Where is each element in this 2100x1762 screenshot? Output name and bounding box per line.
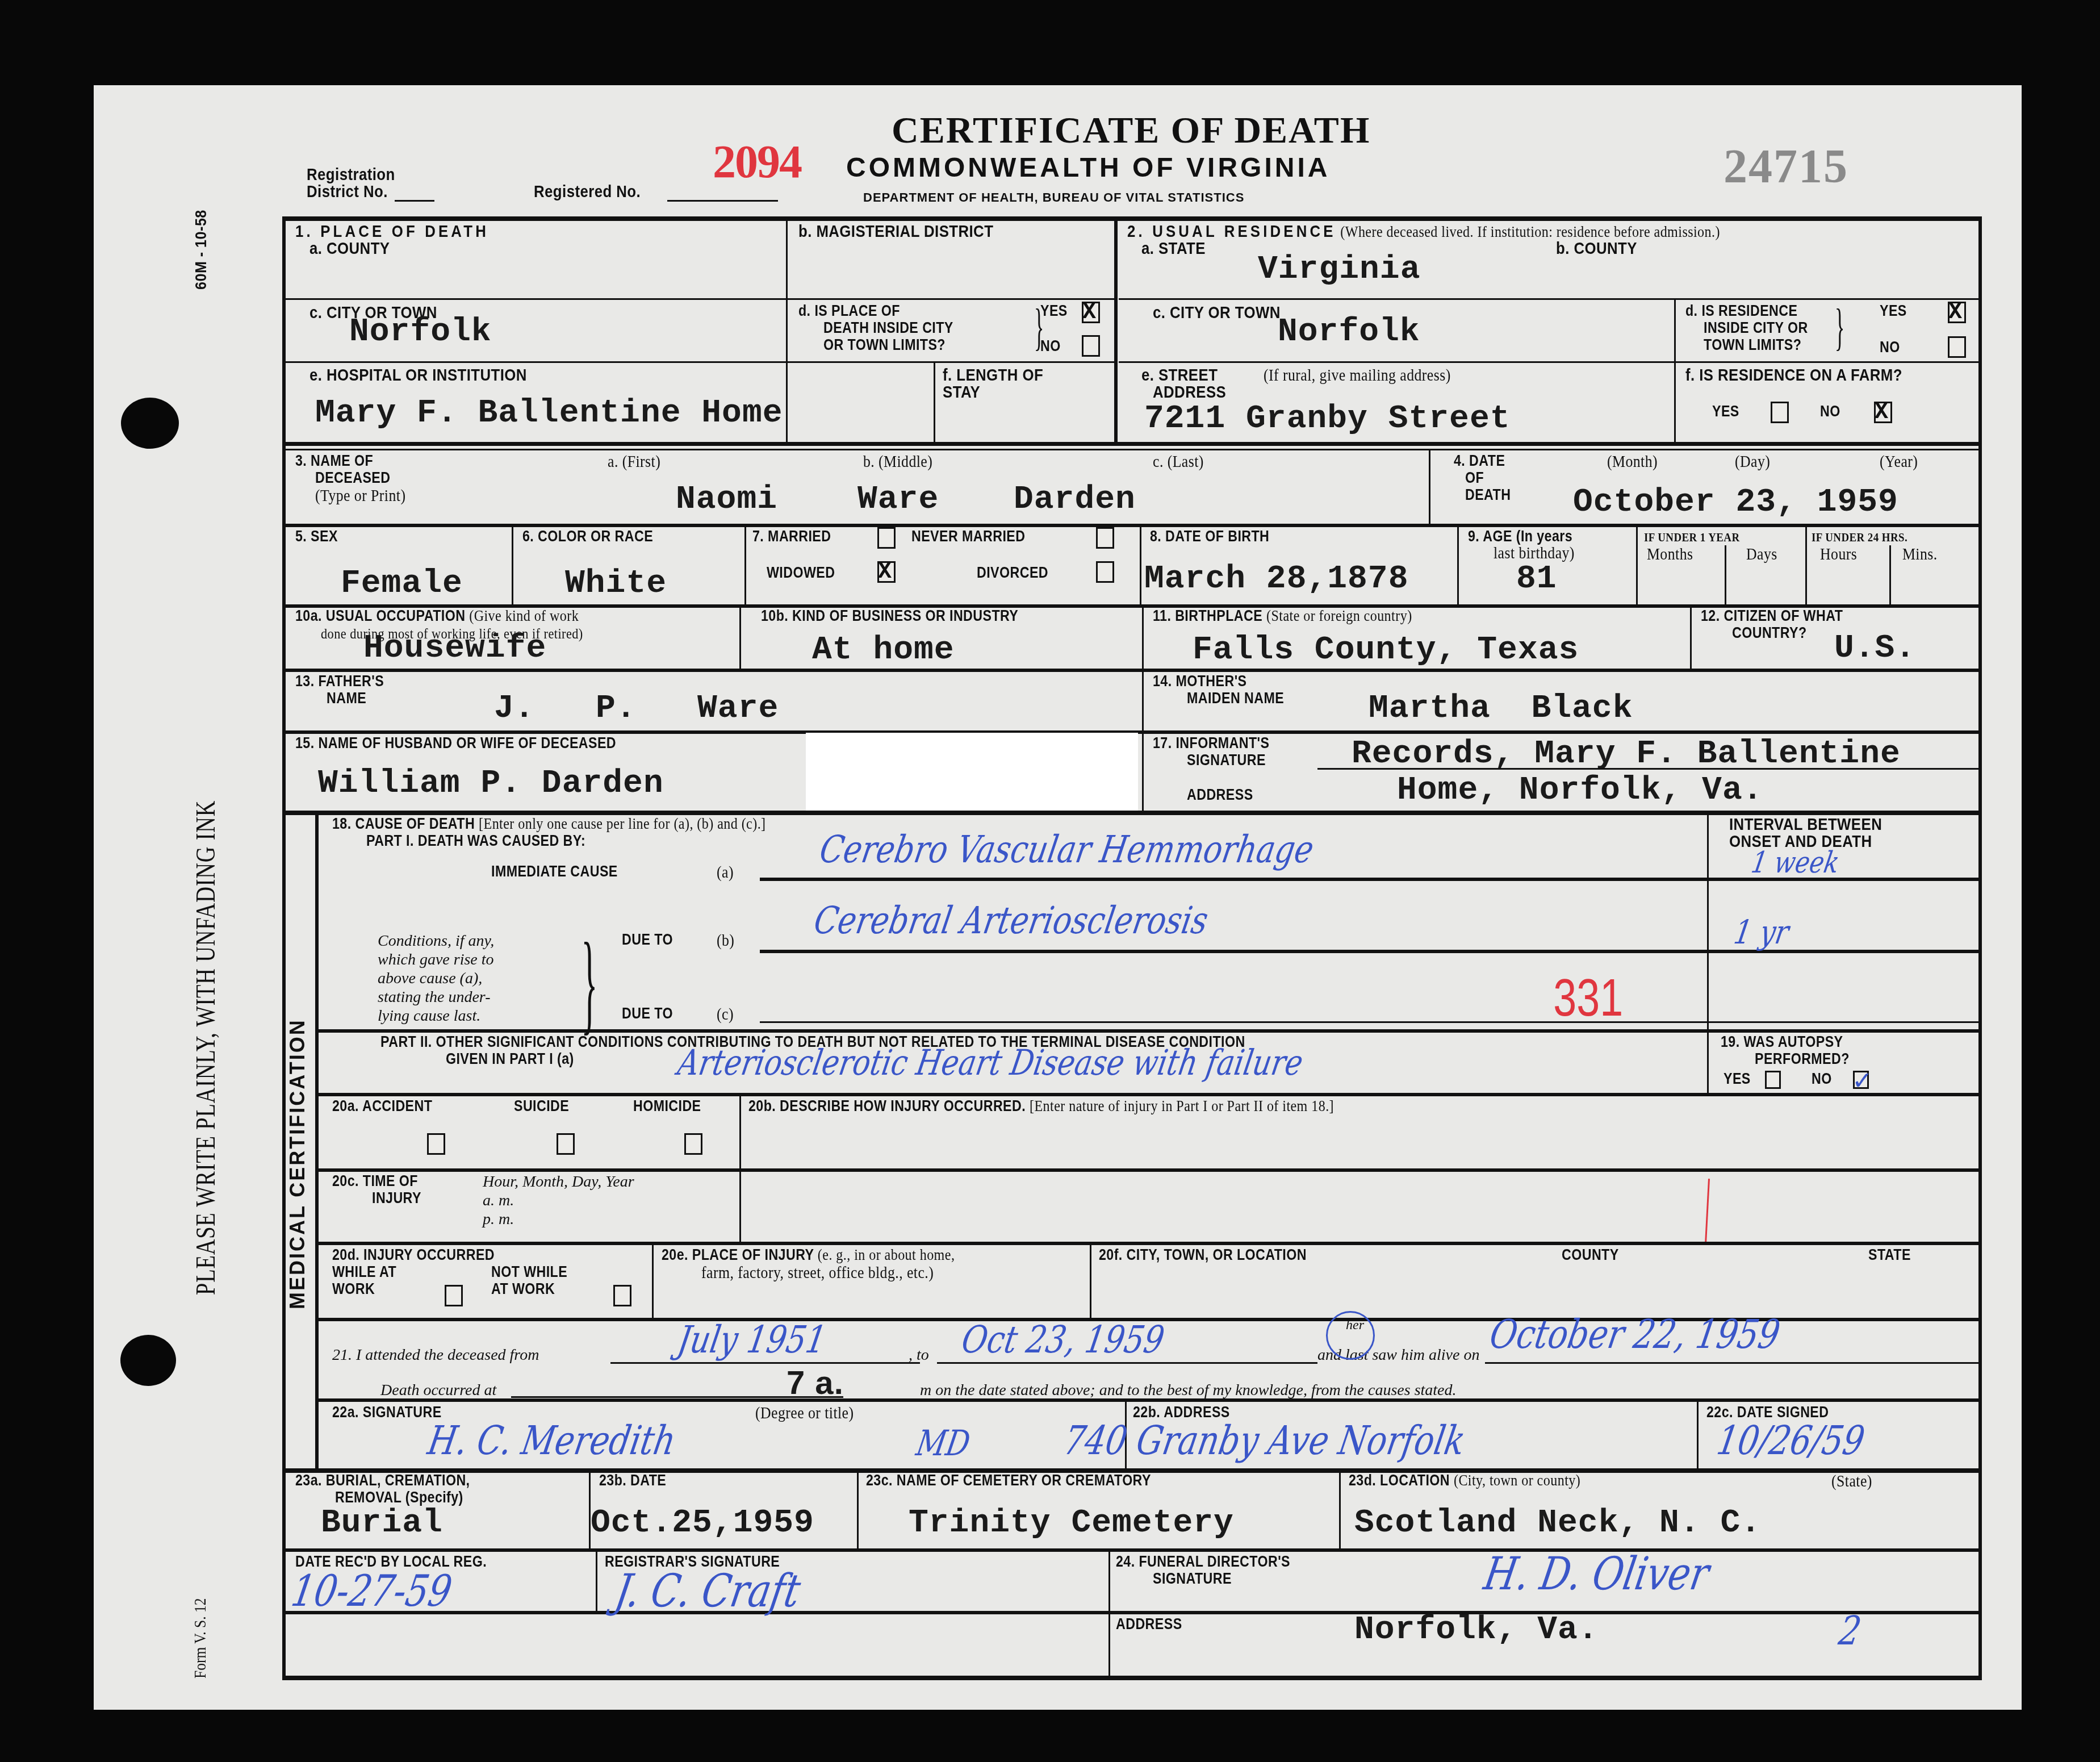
divorced-label: DIVORCED <box>977 565 1048 581</box>
street-note: (If rural, give mailing address) <box>1264 366 1451 384</box>
autopsy-label-1: 19. WAS AUTOPSY <box>1721 1034 1843 1050</box>
residence-inside-label-2: INSIDE CITY OR <box>1704 320 1808 336</box>
date-signed-value: 10/26/59 <box>1714 1423 1867 1458</box>
residence-inside-label-3: TOWN LIMITS? <box>1704 337 1801 353</box>
last-name-value: Darden <box>1014 483 1136 517</box>
residence-county-label: b. COUNTY <box>1556 240 1637 257</box>
citizen-label-1: 12. CITIZEN OF WHAT <box>1701 608 1843 624</box>
date-received-value: 10-27-59 <box>289 1573 454 1609</box>
burial-date-label: 23b. DATE <box>599 1472 666 1489</box>
informant-value: Records, Mary F. Ballentine <box>1352 737 1901 771</box>
form-bottom-border <box>282 1676 1982 1680</box>
death-city-value: Norfolk <box>349 315 492 349</box>
burial-date-value: Oct.25,1959 <box>591 1506 814 1540</box>
funeral-director-label-2: SIGNATURE <box>1153 1571 1232 1587</box>
residence-no-label: NO <box>1880 339 1900 356</box>
widowed-label: WIDOWED <box>767 565 835 581</box>
c-marker: (c) <box>717 1005 734 1023</box>
immediate-cause-value: Cerebro Vascular Hemmorhage <box>817 832 1316 867</box>
length-of-stay-label-2: STAY <box>943 383 980 401</box>
citizen-value: U.S. <box>1834 632 1915 666</box>
magisterial-district-label: b. MAGISTERIAL DISTRICT <box>798 223 993 240</box>
hospital-value: Mary F. Ballentine Home <box>315 396 783 431</box>
street-address-label-1: e. STREET <box>1141 366 1218 384</box>
time-of-injury-note-2: a. m. <box>483 1192 514 1210</box>
her-correction-text: her <box>1346 1318 1364 1333</box>
day-label: (Day) <box>1735 453 1770 470</box>
autopsy-yes-checkbox[interactable] <box>1765 1071 1781 1089</box>
injury-city-label: 20f. CITY, TOWN, OR LOCATION <box>1099 1247 1307 1263</box>
residence-inside-yes-checkbox[interactable]: X <box>1948 302 1966 323</box>
married-checkbox[interactable] <box>877 527 896 549</box>
business-label: 10b. KIND OF BUSINESS OR INDUSTRY <box>761 608 1018 624</box>
registrar-signature: J. C. Craft <box>613 1573 803 1609</box>
form-top-border <box>282 216 1982 221</box>
father-name-value: J. P. Ware <box>494 692 779 726</box>
attended-label: 21. I attended the deceased from <box>332 1346 539 1364</box>
punch-hole-top <box>121 398 179 449</box>
print-code: 60M - 10-58 <box>192 210 210 290</box>
attended-from-value: July 1951 <box>675 1322 829 1358</box>
death-no-label: NO <box>1040 338 1061 354</box>
form-right-border <box>1978 216 1982 1680</box>
death-inside-yes-checkbox[interactable]: X <box>1082 302 1100 323</box>
residence-state-value: Virginia <box>1258 253 1420 287</box>
cause-of-death-label: 18. CAUSE OF DEATH [Enter only one cause… <box>332 816 766 832</box>
part2-label-2: GIVEN IN PART I (a) <box>446 1051 574 1067</box>
not-while-label-2: AT WORK <box>491 1281 555 1297</box>
burial-value: Burial <box>321 1506 443 1540</box>
death-yes-label: YES <box>1040 303 1068 319</box>
department-subtitle: DEPARTMENT OF HEALTH, BUREAU OF VITAL ST… <box>863 190 1244 205</box>
residence-inside-no-checkbox[interactable] <box>1948 336 1966 358</box>
mother-label-2: MAIDEN NAME <box>1187 690 1284 707</box>
farm-no-checkbox[interactable]: X <box>1874 402 1892 423</box>
name-label-1: 3. NAME OF <box>295 453 373 469</box>
sex-label: 5. SEX <box>295 528 338 545</box>
residence-state-label: a. STATE <box>1141 240 1206 257</box>
place-of-injury-note: farm, factory, street, office bldg., etc… <box>701 1264 934 1281</box>
interval-label-1: INTERVAL BETWEEN <box>1729 816 1882 833</box>
injury-occurred-label-3: WORK <box>332 1281 375 1297</box>
medical-strip-divider <box>315 812 319 1470</box>
year-label: (Year) <box>1880 453 1918 470</box>
inside-city-label-1: d. IS PLACE OF <box>798 303 900 319</box>
never-married-label: NEVER MARRIED <box>911 528 1025 545</box>
physician-address-value: 740 Granby Ave Norfolk <box>1061 1423 1467 1458</box>
father-label-1: 13. FATHER'S <box>295 673 384 690</box>
physician-signature: H. C. Meredith <box>425 1423 678 1458</box>
district-no-blank <box>395 200 434 202</box>
not-while-at-work-checkbox[interactable] <box>613 1285 631 1306</box>
farm-no-label: NO <box>1820 403 1840 420</box>
interval-b-value: 1 yr <box>1731 915 1792 950</box>
occupation-label: 10a. USUAL OCCUPATION (Give kind of work <box>295 608 579 624</box>
citizen-label-2: COUNTRY? <box>1732 625 1807 641</box>
red-code-331: 331 <box>1553 968 1623 1028</box>
accident-checkbox[interactable] <box>427 1133 445 1155</box>
b-marker: (b) <box>717 932 734 949</box>
funeral-address-value: Norfolk, Va. <box>1354 1613 1599 1647</box>
never-married-checkbox[interactable] <box>1096 527 1114 549</box>
business-value: At home <box>812 633 955 667</box>
middle-name-label: b. (Middle) <box>863 453 932 470</box>
funeral-address-label: ADDRESS <box>1116 1616 1182 1632</box>
residence-city-value: Norfolk <box>1278 315 1420 349</box>
sex-value: Female <box>341 567 463 601</box>
burial-label-1: 23a. BURIAL, CREMATION, <box>295 1472 470 1489</box>
dob-label: 8. DATE OF BIRTH <box>1150 528 1269 545</box>
suicide-label: SUICIDE <box>514 1098 569 1114</box>
degree-label: (Degree or title) <box>755 1404 854 1422</box>
time-of-injury-note-3: p. m. <box>483 1210 514 1229</box>
injury-state-label: STATE <box>1868 1247 1911 1263</box>
cemetery-value: Trinity Cemetery <box>909 1506 1234 1540</box>
farm-yes-checkbox[interactable] <box>1771 402 1789 423</box>
autopsy-label-2: PERFORMED? <box>1755 1051 1850 1067</box>
form-number: Form V. S. 12 <box>191 1598 210 1679</box>
time-of-injury-label-1: 20c. TIME OF <box>332 1173 418 1189</box>
stamp-2094: 2094 <box>713 135 801 189</box>
age-label-1: 9. AGE (In years <box>1468 528 1572 545</box>
conditions-note: Conditions, if any, which gave rise to a… <box>378 932 548 1025</box>
age-value: 81 <box>1516 562 1557 596</box>
burial-label-2: REMOVAL (Specify) <box>335 1489 463 1506</box>
length-of-stay-label-1: f. LENGTH OF <box>943 366 1043 384</box>
middle-name-value: Ware <box>857 483 939 517</box>
name-label-3: (Type or Print) <box>315 487 405 504</box>
race-label: 6. COLOR OR RACE <box>522 528 653 545</box>
father-label-2: NAME <box>327 690 366 707</box>
days-label: Days <box>1746 545 1777 563</box>
suicide-checkbox[interactable] <box>557 1133 575 1155</box>
inside-city-label-3: OR TOWN LIMITS? <box>823 337 946 353</box>
date-of-death-value: October 23, 1959 <box>1573 486 1898 520</box>
last-saw-value: October 22, 1959 <box>1487 1317 1783 1352</box>
accident-label: 20a. ACCIDENT <box>332 1098 432 1114</box>
death-inside-no-checkbox[interactable] <box>1082 335 1100 357</box>
mother-name-value: Martha Black <box>1369 692 1633 726</box>
widowed-checkbox[interactable]: X <box>877 561 896 583</box>
not-while-label-1: NOT WHILE <box>491 1264 567 1280</box>
usual-residence-label: 2. USUAL RESIDENCE (Where deceased lived… <box>1127 223 1720 241</box>
certificate-title: CERTIFICATE OF DEATH <box>892 109 1370 152</box>
last-name-label: c. (Last) <box>1153 453 1204 470</box>
due-to-b-label: DUE TO <box>622 932 673 948</box>
first-name-label: a. (First) <box>608 453 660 470</box>
month-label: (Month) <box>1607 453 1658 470</box>
while-at-work-checkbox[interactable] <box>445 1285 463 1306</box>
street-address-value: 7211 Granby Street <box>1144 402 1511 436</box>
spouse-value: William P. Darden <box>318 767 664 801</box>
date-of-death-label-3: DEATH <box>1465 487 1511 503</box>
time-of-injury-label-2: INJURY <box>372 1190 421 1206</box>
informant-label-2: SIGNATURE <box>1187 752 1266 769</box>
county-label: a. COUNTY <box>309 240 390 257</box>
place-of-death-label: 1. PLACE OF DEATH <box>295 223 489 240</box>
inside-city-label-2: DEATH INSIDE CITY <box>823 320 953 336</box>
mother-label-1: 14. MOTHER'S <box>1153 673 1247 690</box>
date-of-death-label-2: OF <box>1465 470 1484 486</box>
dob-value: March 28,1878 <box>1144 562 1408 596</box>
months-label: Months <box>1647 545 1693 563</box>
injury-occurred-label-1: 20d. INJURY OCCURRED <box>332 1247 495 1263</box>
first-name-value: Naomi <box>676 483 777 517</box>
divorced-checkbox[interactable] <box>1096 561 1114 583</box>
signature-label: 22a. SIGNATURE <box>332 1404 442 1421</box>
age-label-2: last birthday) <box>1494 544 1575 562</box>
married-label: 7. MARRIED <box>752 528 831 545</box>
autopsy-no-checkbox[interactable]: ✓ <box>1853 1071 1869 1089</box>
residence-city-label: c. CITY OR TOWN <box>1153 304 1281 321</box>
interval-a-value: 1 week <box>1748 845 1842 880</box>
death-time-suffix: m on the date stated above; and to the b… <box>920 1381 1457 1400</box>
under-24-hours-label: IF UNDER 24 HRS. <box>1812 528 1907 546</box>
homicide-label: HOMICIDE <box>633 1098 701 1114</box>
place-of-injury-label: 20e. PLACE OF INJURY (e. g., in or about… <box>662 1247 955 1263</box>
form-left-border <box>282 216 286 1680</box>
brace: } <box>1835 302 1844 353</box>
date-of-death-label-1: 4. DATE <box>1454 453 1505 469</box>
street-address-label-2: ADDRESS <box>1153 383 1226 401</box>
race-value: White <box>565 567 667 601</box>
due-to-b-value: Cerebral Arteriosclerosis <box>811 903 1211 938</box>
autopsy-yes-label: YES <box>1723 1071 1751 1087</box>
registered-no-label: Registered No. <box>534 183 641 201</box>
death-occurred-label: Death occurred at <box>380 1381 496 1400</box>
immediate-cause-label: IMMEDIATE CAUSE <box>491 863 618 880</box>
write-plainly-instruction: PLEASE WRITE PLAINLY, WITH UNFADING INK <box>190 800 221 1295</box>
redacted-area <box>806 733 1138 812</box>
physician-degree: MD <box>914 1426 973 1461</box>
homicide-checkbox[interactable] <box>684 1133 702 1155</box>
registration-label: Registration <box>307 166 395 183</box>
injury-county-label: COUNTY <box>1562 1247 1619 1263</box>
birthplace-value: Falls County, Texas <box>1193 633 1579 667</box>
registered-no-blank <box>667 200 778 202</box>
part1-label: PART I. DEATH WAS CAUSED BY: <box>366 833 585 849</box>
funeral-director-label-1: 24. FUNERAL DIRECTOR'S <box>1116 1554 1290 1570</box>
informant-label-1: 17. INFORMANT'S <box>1153 735 1269 751</box>
birthplace-label: 11. BIRTHPLACE (State or foreign country… <box>1153 608 1412 624</box>
time-of-injury-note-1: Hour, Month, Day, Year <box>483 1173 634 1191</box>
hospital-label: e. HOSPITAL OR INSTITUTION <box>309 366 527 384</box>
death-time-value: 7 a. <box>787 1366 844 1400</box>
residence-inside-label-1: d. IS RESIDENCE <box>1685 303 1797 319</box>
cemetery-label: 23c. NAME OF CEMETERY OR CREMATORY <box>866 1472 1151 1489</box>
occupation-value: Housewife <box>363 632 546 666</box>
injury-occurred-label-2: WHILE AT <box>332 1264 396 1280</box>
to-label: , to <box>909 1346 929 1364</box>
medical-certification-label: MEDICAL CERTIFICATION <box>288 1018 306 1309</box>
due-to-c-label: DUE TO <box>622 1005 673 1022</box>
a-marker: (a) <box>717 863 734 881</box>
under-1-year-label: IF UNDER 1 YEAR <box>1644 528 1740 546</box>
describe-injury-label: 20b. DESCRIBE HOW INJURY OCCURRED. [Ente… <box>748 1098 1334 1114</box>
hours-label: Hours <box>1820 545 1857 563</box>
district-no-label: District No. <box>307 183 388 201</box>
funeral-director-signature: H. D. Oliver <box>1482 1556 1712 1592</box>
residence-yes-label: YES <box>1880 303 1907 319</box>
farm-label: f. IS RESIDENCE ON A FARM? <box>1685 366 1902 384</box>
informant-address-label: ADDRESS <box>1187 787 1253 803</box>
mins-label: Mins. <box>1902 545 1938 563</box>
commonwealth-title: COMMONWEALTH OF VIRGINIA <box>846 152 1330 183</box>
part2-value: Arteriosclerotic Heart Disease with fail… <box>675 1045 1306 1080</box>
conditions-brace: } <box>582 926 598 1039</box>
location-label: 23d. LOCATION (City, town or county) <box>1349 1472 1580 1489</box>
name-label-2: DECEASED <box>315 470 390 486</box>
spouse-label: 15. NAME OF HUSBAND OR WIFE OF DECEASED <box>295 735 616 751</box>
autopsy-no-label: NO <box>1812 1071 1832 1087</box>
location-value: Scotland Neck, N. C. <box>1354 1506 1761 1540</box>
attended-to-value: Oct 23, 1959 <box>959 1322 1166 1358</box>
farm-yes-label: YES <box>1712 403 1739 420</box>
informant-address-value: Home, Norfolk, Va. <box>1397 774 1763 808</box>
location-state-label: (State) <box>1831 1472 1872 1490</box>
punch-hole-bottom <box>120 1335 176 1386</box>
stamp-24715: 24715 <box>1723 139 1848 194</box>
